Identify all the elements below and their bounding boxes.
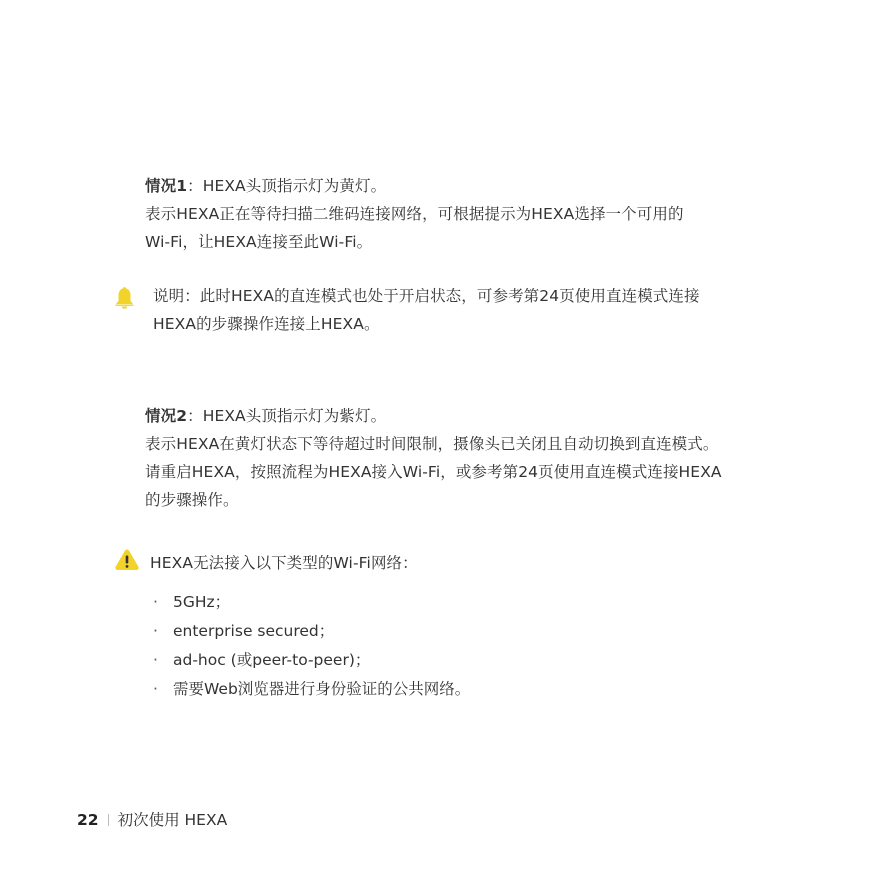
warning-icon — [114, 548, 140, 571]
case2-line-3: 的步骤操作。 — [145, 486, 722, 514]
case2-line-2: 请重启HEXA，按照流程为HEXA接入Wi-Fi，或参考第24页使用直连模式连接… — [145, 458, 722, 486]
case2-title: ：HEXA头顶指示灯为紫灯。 — [187, 407, 386, 425]
bell-icon — [114, 286, 135, 309]
bullet-icon: · — [153, 675, 173, 704]
page-footer: 22初次使用 HEXA — [77, 808, 227, 832]
case1-block: 情况1：HEXA头顶指示灯为黄灯。 表示HEXA正在等待扫描二维码连接网络，可根… — [145, 172, 684, 256]
list-item: ·ad-hoc (或peer-to-peer)； — [153, 646, 470, 675]
case1-label: 情况1 — [145, 177, 187, 195]
case2-line-1: 表示HEXA在黄灯状态下等待超过时间限制，摄像头已关闭且自动切换到直连模式。 — [145, 430, 722, 458]
page-number: 22 — [77, 811, 99, 829]
case2-block: 情况2：HEXA头顶指示灯为紫灯。 表示HEXA在黄灯状态下等待超过时间限制，摄… — [145, 402, 722, 514]
warning-text: HEXA无法接入以下类型的Wi-Fi网络： — [150, 549, 418, 577]
section-title: 初次使用 HEXA — [118, 811, 228, 829]
bullet-icon: · — [153, 646, 173, 675]
bullet-icon: · — [153, 588, 173, 617]
divider — [108, 814, 109, 826]
case1-line-1: 表示HEXA正在等待扫描二维码连接网络，可根据提示为HEXA选择一个可用的 — [145, 200, 684, 228]
list-item: ·需要Web浏览器进行身份验证的公共网络。 — [153, 675, 470, 704]
note-line-2: HEXA的步骤操作连接上HEXA。 — [153, 310, 700, 338]
case1-title: ：HEXA头顶指示灯为黄灯。 — [187, 177, 386, 195]
bullet-icon: · — [153, 617, 173, 646]
unsupported-network-list: ·5GHz； ·enterprise secured； ·ad-hoc (或pe… — [153, 588, 470, 704]
note-line-1: 说明：此时HEXA的直连模式也处于开启状态，可参考第24页使用直连模式连接 — [153, 282, 700, 310]
note-block: 说明：此时HEXA的直连模式也处于开启状态，可参考第24页使用直连模式连接 HE… — [153, 282, 700, 338]
case1-line-2: Wi-Fi，让HEXA连接至此Wi-Fi。 — [145, 228, 684, 256]
list-item: ·enterprise secured； — [153, 617, 470, 646]
list-item: ·5GHz； — [153, 588, 470, 617]
case2-label: 情况2 — [145, 407, 187, 425]
